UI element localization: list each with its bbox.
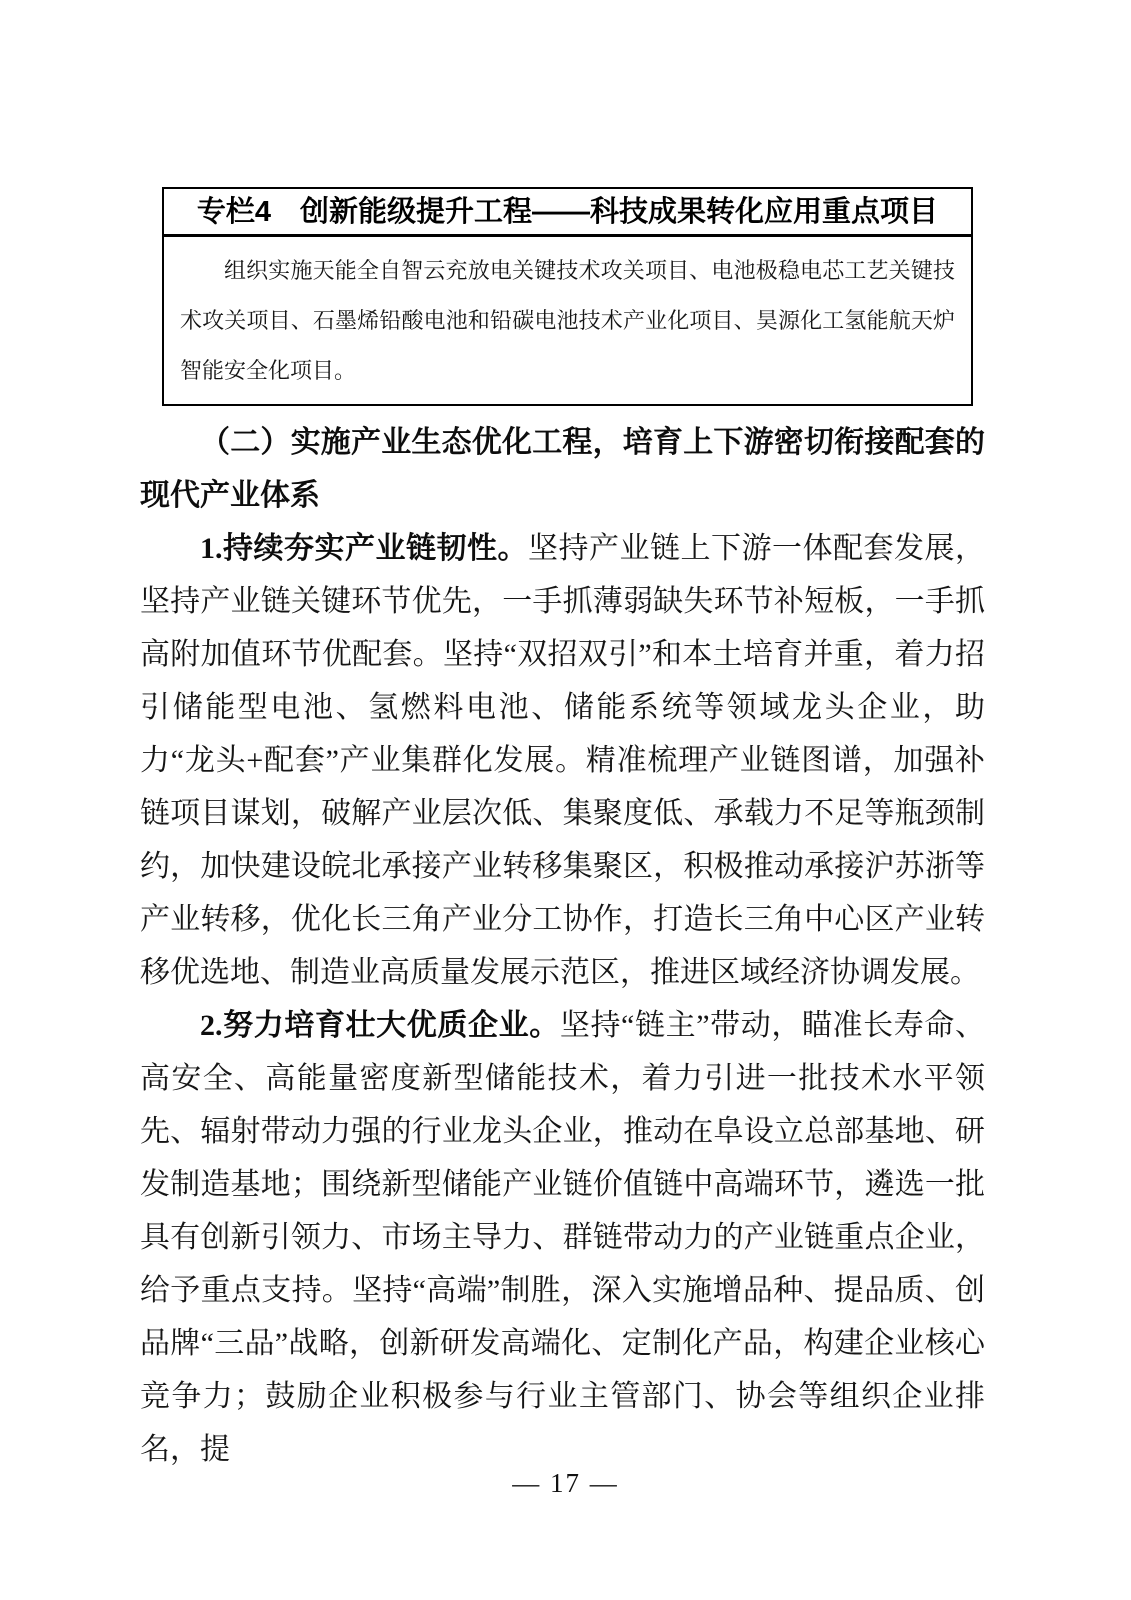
callout-box-body: 组织实施天能全自智云充放电关键技术攻关项目、电池极稳电芯工艺关键技术攻关项目、石… (164, 237, 971, 404)
document-page: 专栏4 创新能级提升工程——科技成果转化应用重点项目 组织实施天能全自智云充放电… (140, 187, 985, 1476)
paragraph-2-lead: 2.努力培育壮大优质企业。 (200, 1009, 560, 1042)
paragraph-1-text: 坚持产业链上下游一体配套发展，坚持产业链关键环节优先，一手抓薄弱缺失环节补短板，… (140, 532, 985, 989)
paragraph-2: 2.努力培育壮大优质企业。坚持“链主”带动，瞄准长寿命、高安全、高能量密度新型储… (140, 999, 985, 1476)
page-number: — 17 — (0, 1468, 1131, 1499)
paragraph-2-text: 坚持“链主”带动，瞄准长寿命、高安全、高能量密度新型储能技术，着力引进一批技术水… (140, 1009, 985, 1466)
section-heading: （二）实施产业生态优化工程，培育上下游密切衔接配套的现代产业体系 (140, 416, 985, 522)
callout-box: 专栏4 创新能级提升工程——科技成果转化应用重点项目 组织实施天能全自智云充放电… (162, 187, 973, 406)
paragraph-1: 1.持续夯实产业链韧性。坚持产业链上下游一体配套发展，坚持产业链关键环节优先，一… (140, 522, 985, 999)
callout-box-title: 专栏4 创新能级提升工程——科技成果转化应用重点项目 (164, 189, 971, 237)
paragraph-1-lead: 1.持续夯实产业链韧性。 (200, 532, 528, 565)
